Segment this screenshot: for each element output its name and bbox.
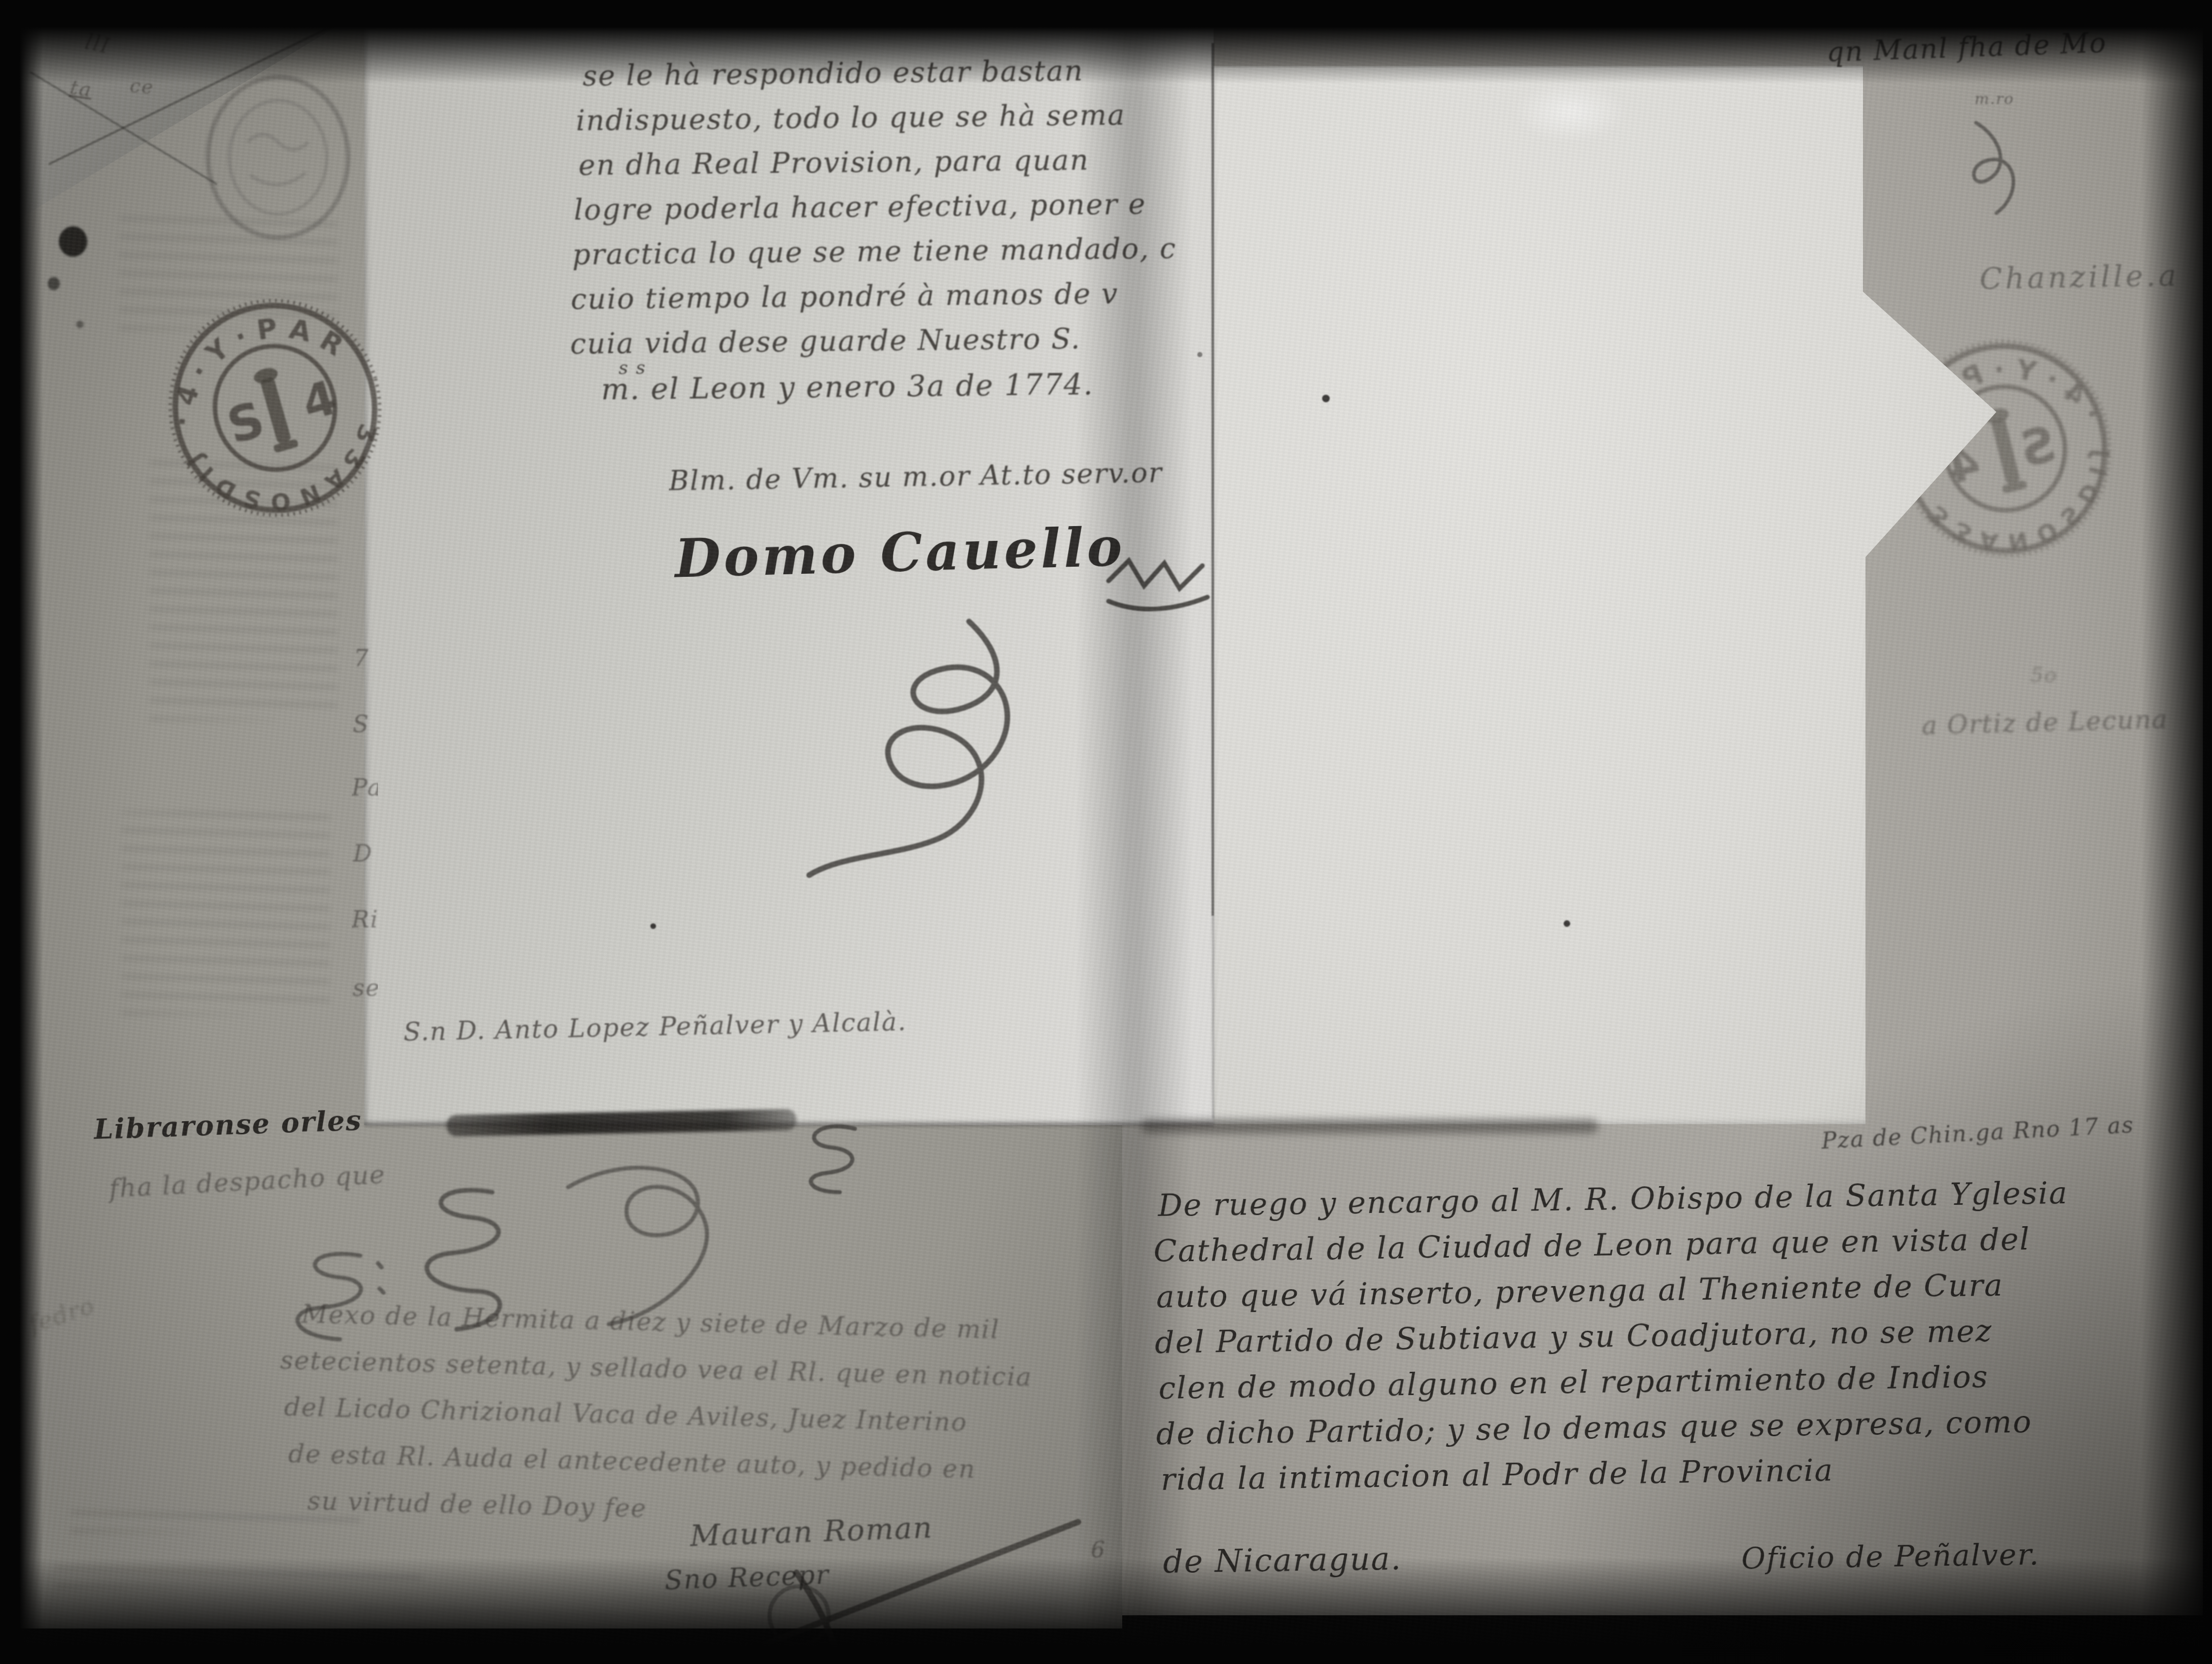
edge-glyph: Pa <box>352 774 378 801</box>
letter-body-line: indispuesto, todo lo que se hà sema <box>576 98 1126 137</box>
letter-signature: Domo Cauello <box>674 515 1126 590</box>
letter-body-line: cuio tiempo la pondré à manos de v <box>571 278 1119 316</box>
letter-body: se le hà respondido estar bastan indispu… <box>567 53 1216 420</box>
ink-blob <box>48 277 60 290</box>
partial-oval-stamp <box>202 71 354 244</box>
letter-body-line: logre poderla hacer efectiva, poner e <box>574 188 1147 227</box>
seal-center-number: 4 <box>296 370 342 432</box>
signature-rubric-flourish <box>781 614 1096 888</box>
decree-block: De ruego y encargo al M. R. Obispo de la… <box>1153 1173 2211 1619</box>
show-through-smudge <box>122 812 330 1015</box>
right-top-annotation-small: m.ro <box>1975 90 2014 108</box>
letter-body-line: se le hà respondido estar bastan <box>582 54 1084 92</box>
edge-glyph: Ri <box>352 906 378 933</box>
certificate-line: su virtud de ello Doy fee <box>307 1486 647 1523</box>
certificate-line: del Licdo Chrizional Vaca de Aviles, Jue… <box>284 1392 968 1437</box>
letter-body-line: cuia vida dese guarde Nuestro S. <box>570 322 1081 361</box>
ink-speck <box>1322 395 1330 402</box>
edge-glyph: D <box>353 840 373 867</box>
letter-body-line: practica lo que se me tiene mandado, c <box>572 232 1177 271</box>
signature-zigzag-flourish <box>1109 550 1210 616</box>
ink-blob <box>76 321 84 328</box>
letter-closing-line: Blm. de Vm. su m.or At.to serv.or <box>669 457 1163 497</box>
ink-blob <box>59 226 87 257</box>
edge-glyph: se <box>353 974 378 1001</box>
certificate-line: setecientos setenta, y sellado vea el Rl… <box>280 1345 1032 1392</box>
annotation-rubric-flourish <box>1958 117 2045 223</box>
ink-speck <box>1564 920 1570 927</box>
decree-place-line: de Nicaragua. <box>1163 1540 1402 1580</box>
corner-tally-mark: llI <box>83 29 113 58</box>
letter-body-line: en dha Real Provision, para quan <box>578 144 1089 182</box>
letter-closing-clip: Blm. de Vm. su m.or At.to serv.or <box>669 456 1214 511</box>
ink-speck <box>650 923 656 929</box>
ink-flourish <box>784 1116 875 1197</box>
show-through-smudge <box>56 1563 421 1588</box>
decree-line: clen de modo alguno en el repartimiento … <box>1158 1359 1989 1406</box>
certificate-line: de esta Rl. Auda el antecedente auto, y … <box>288 1439 976 1484</box>
seal-center-letter: S <box>2014 415 2062 479</box>
decree-line: del Partido de Subtiava y su Coadjutora,… <box>1155 1313 1993 1361</box>
ink-speck <box>1197 352 1202 357</box>
certificate-rubric-stroke <box>751 1512 1106 1654</box>
decree-line: de dicho Partido; y se lo demas que se e… <box>1156 1404 2032 1452</box>
edge-glyph: 7 <box>354 644 369 672</box>
corner-mark-ce: ce <box>129 74 155 98</box>
decree-line: rida la intimacion al Podr de la Provinc… <box>1161 1452 1834 1498</box>
folio-number: 45 <box>2171 9 2200 34</box>
decree-office-line: Oficio de Peñalver. <box>1741 1537 2040 1576</box>
chancery-note: Chanzille.a <box>1979 258 2179 296</box>
number-note: 5o <box>2030 664 2058 687</box>
decree-line: Cathedral de la Ciudad de Leon para que … <box>1153 1222 2030 1269</box>
manuscript-photo: llI ta ce · 4 · Y · P A R Ʒ Ʒ A N O S D … <box>0 0 2212 1664</box>
decree-line: auto que vá inserto, prevenga al Thenien… <box>1156 1268 2004 1315</box>
edge-glyph-column: 7 S Pa D Ri se <box>352 644 378 1065</box>
corner-mark-ta: ta <box>68 76 94 102</box>
letter-date-line: m. el Leon y enero 3a de 1774. <box>601 367 1094 406</box>
edge-glyph: S <box>353 710 370 738</box>
